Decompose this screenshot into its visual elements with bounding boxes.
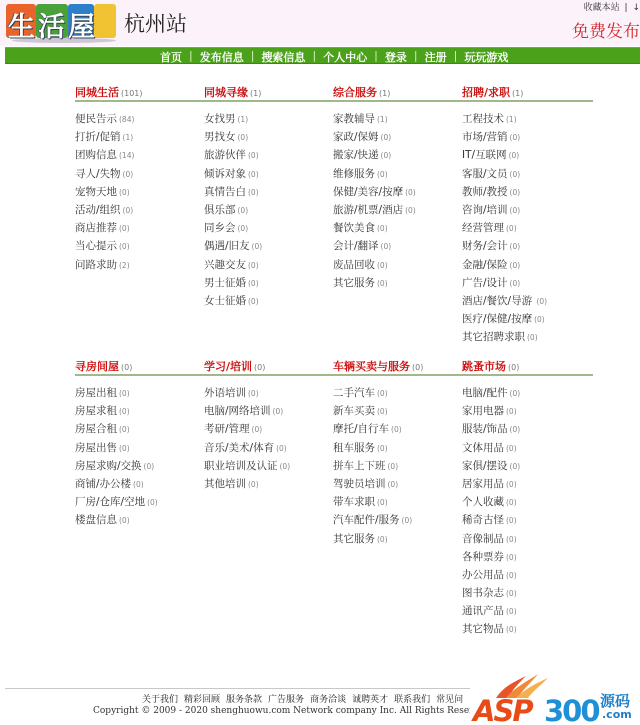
subcategory-label[interactable]: 财务/会计 [462,240,508,252]
subcategory-link[interactable]: 女士征婚(0) [204,293,262,311]
subcategory-count: (0) [123,206,134,215]
subcategory-link[interactable]: 厂房/仓库/空地(0) [75,494,158,512]
subcategory-label[interactable]: 通讯产品 [462,605,504,617]
subcategory-count: (0) [510,133,521,142]
subcategory-label[interactable]: 家教辅导 [333,113,375,125]
subcategory-link[interactable]: 带车求职(0) [333,494,412,512]
subcategory-label[interactable]: 客服/文员 [462,168,508,180]
subcategory-link[interactable]: 职业培训及认证(0) [204,458,290,476]
subcategory-count: (0) [377,224,388,233]
subcategory-label[interactable]: 保健/美容/按摩 [333,186,403,198]
subcategory-link[interactable]: 租车服务(0) [333,440,412,458]
footer-links: 关于我们精彩回顾服务条款广告服务商务洽谈诚聘英才联系我们常见问 [142,692,469,705]
subcategory-label[interactable]: 市场/营销 [462,131,508,143]
subcategory-label[interactable]: 金融/保险 [462,259,508,271]
copyright: Copyright © 2009 - 2020 shenghuowu.com N… [93,706,474,716]
subcategory-label[interactable]: 寻人/失物 [75,168,121,180]
subcategory-label[interactable]: 女士征婚 [204,295,246,307]
subcategory-link[interactable]: 搬家/快递(0) [333,147,416,165]
subcategory-link[interactable]: 男找女(0) [204,129,262,147]
subcategory-count: (0) [377,279,388,288]
watermark-asp: ASP [473,694,532,725]
category-title[interactable]: 同城寻缘 [204,86,248,99]
nav-item-6[interactable]: 玩玩游戏 [464,49,508,65]
subcategory-link[interactable]: 废品回收(0) [333,257,416,275]
subcategory-count: (0) [252,425,263,434]
subcategory-label[interactable]: 厂房/仓库/空地 [75,496,145,508]
category-count: (101) [121,89,143,98]
subcategory-count: (0) [248,188,259,197]
category-count: (0) [508,363,519,372]
subcategory-link[interactable]: 其它招聘求职(0) [462,329,547,347]
subcategory-link[interactable]: 商铺/办公楼(0) [75,476,158,494]
subcategory-label[interactable]: 问路求助 [75,259,117,271]
category-title[interactable]: 寻房间屋 [75,360,119,373]
subcategory-link[interactable]: 电脑/配件(0) [462,385,520,403]
footer-link[interactable]: 关于我们 [142,695,178,705]
subcategory-label[interactable]: 摩托/自行车 [333,423,389,435]
subcategory-link[interactable]: 房屋出售(0) [75,440,158,458]
subcategory-label[interactable]: 办公用品 [462,569,504,581]
subcategory-link[interactable]: 同乡会(0) [204,220,262,238]
footer-link[interactable]: 商务洽谈 [310,695,346,705]
subcategory-count: (1) [123,133,134,142]
subcategory-label[interactable]: 宠物天地 [75,186,117,198]
category-header[interactable]: 同城生活(101) [75,84,143,100]
subcategory-link[interactable]: 真情告白(0) [204,184,262,202]
subcategory-count: (0) [276,444,287,453]
subcategory-link[interactable]: 外语培训(0) [204,385,290,403]
subcategory-label[interactable]: 家政/保姆 [333,131,379,143]
subcategory-count: (0) [273,407,284,416]
subcategory-count: (0) [238,133,249,142]
subcategory-count: (0) [144,462,155,471]
category-count: (0) [412,363,423,372]
subcategory-label[interactable]: 旅游伙伴 [204,149,246,161]
subcategory-label[interactable]: 医疗/保健/按摩 [462,313,532,325]
subcategory-label[interactable]: 电脑/网络培训 [204,405,271,417]
nav-item-5[interactable]: 注册 [425,49,447,65]
category-header[interactable]: 综合服务(1) [333,84,390,100]
subcategory-label[interactable]: 驾驶员培训 [333,478,386,490]
subcategory-count: (0) [527,333,538,342]
subcategory-count: (0) [377,170,388,179]
subcategory-label[interactable]: 其它服务 [333,277,375,289]
subcategory-count: (0) [381,133,392,142]
subcategory-count: (0) [377,444,388,453]
slogan: 免费发布 [572,17,640,42]
subcategory-link[interactable]: 酒店/餐饮/导游 (0) [462,293,547,311]
nav-item-1[interactable]: 发布信息 [200,49,244,65]
subcategory-label[interactable]: 其它服务 [333,533,375,545]
subcategory-count: (0) [506,535,517,544]
subcategory-link[interactable]: 文体用品(0) [462,440,520,458]
subcategory-link[interactable]: 楼盘信息(0) [75,512,158,530]
subcategory-count: (0) [402,516,413,525]
subcategory-label[interactable]: 酒店/餐饮/导游 [462,295,532,307]
subcategory-label[interactable]: 女找男 [204,113,236,125]
top-link-separator: | [625,3,628,13]
subcategory-label[interactable]: 楼盘信息 [75,514,117,526]
nav-separator: | [414,49,418,65]
subcategory-count: (0) [133,480,144,489]
category-column: 家教辅导(1)家政/保姆(0)搬家/快递(0)维修服务(0)保健/美容/按摩(0… [333,111,416,293]
subcategory-label[interactable]: 考研/管理 [204,423,250,435]
subcategory-count: (0) [119,425,130,434]
subcategory-label[interactable]: 倾诉对象 [204,168,246,180]
subcategory-link[interactable]: 寻人/失物(0) [75,166,134,184]
subcategory-count: (0) [248,151,259,160]
category-header[interactable]: 招聘/求职(1) [462,84,523,100]
subcategory-count: (0) [506,553,517,562]
subcategory-label[interactable]: 活动/组织 [75,204,121,216]
subcategory-link[interactable]: 驾驶员培训(0) [333,476,412,494]
subcategory-count: (0) [119,242,130,251]
subcategory-link[interactable]: 商店推荐(0) [75,220,134,238]
subcategory-count: (0) [119,444,130,453]
subcategory-link[interactable]: 客服/文员(0) [462,166,547,184]
subcategory-count: (0) [405,206,416,215]
subcategory-label[interactable]: 餐饮美食 [333,222,375,234]
category-title[interactable]: 综合服务 [333,86,377,99]
subcategory-link[interactable]: 兴趣交友(0) [204,257,262,275]
subcategory-label[interactable]: 电脑/配件 [462,387,508,399]
subcategory-link[interactable]: 便民告示(84) [75,111,134,129]
subcategory-count: (0) [509,151,520,160]
subcategory-count: (0) [388,462,399,471]
subcategory-count: (1) [238,115,249,124]
subcategory-label[interactable]: 咨询/培训 [462,204,508,216]
subcategory-count: (0) [510,425,521,434]
subcategory-count: (0) [248,261,259,270]
subcategory-label[interactable]: 租车服务 [333,442,375,454]
subcategory-link[interactable]: 通讯产品(0) [462,603,520,621]
category-column: 工程技术(1)市场/营销(0)IT/互联网(0)客服/文员(0)教师/教授(0)… [462,111,547,347]
subcategory-link[interactable]: 居家用品(0) [462,476,520,494]
section-divider [75,374,593,376]
subcategory-count: (0) [506,498,517,507]
subcategory-link[interactable]: 维修服务(0) [333,166,416,184]
subcategory-link[interactable]: 其他培训(0) [204,476,290,494]
subcategory-label[interactable]: 服装/饰品 [462,423,508,435]
subcategory-count: (0) [388,480,399,489]
subcategory-link[interactable]: 家政/保姆(0) [333,129,416,147]
subcategory-label[interactable]: 旅游/机票/酒店 [333,204,403,216]
subcategory-label[interactable]: 搬家/快递 [333,149,379,161]
subcategory-count: (0) [534,297,547,306]
subcategory-label[interactable]: 兴趣交友 [204,259,246,271]
subcategory-link[interactable]: 汽车配件/服务(0) [333,512,412,530]
subcategory-label[interactable]: 工程技术 [462,113,504,125]
subcategory-link[interactable]: 市场/营销(0) [462,129,547,147]
nav-item-0[interactable]: 首页 [160,49,182,65]
subcategory-count: (0) [377,407,388,416]
subcategory-label[interactable]: 教师/教授 [462,186,508,198]
subcategory-link[interactable]: 保健/美容/按摩(0) [333,184,416,202]
subcategory-label[interactable]: 职业培训及认证 [204,460,278,472]
subcategory-link[interactable]: 房屋出租(0) [75,385,158,403]
subcategory-count: (1) [377,115,388,124]
subcategory-label[interactable]: 居家用品 [462,478,504,490]
subcategory-link[interactable]: 俱乐部(0) [204,202,262,220]
subcategory-count: (0) [510,389,521,398]
footer-link[interactable]: 诚聘英才 [352,695,388,705]
nav-item-3[interactable]: 个人中心 [323,49,367,65]
category-header[interactable]: 学习/培训(0) [204,358,265,374]
subcategory-count: (0) [510,170,521,179]
subcategory-count: (0) [119,516,130,525]
section-divider [75,100,593,102]
subcategory-link[interactable]: 团购信息(14) [75,147,134,165]
subcategory-label[interactable]: 各种票券 [462,551,504,563]
subcategory-link[interactable]: IT/互联网(0) [462,147,547,165]
subcategory-label[interactable]: 家俱/摆设 [462,460,508,472]
subcategory-link[interactable]: 拼车上下班(0) [333,458,412,476]
subcategory-label[interactable]: 俱乐部 [204,204,236,216]
subcategory-count: (14) [119,151,134,160]
subcategory-link[interactable]: 广告/设计(0) [462,275,547,293]
subcategory-label[interactable]: 稀奇古怪 [462,514,504,526]
subcategory-label[interactable]: 男找女 [204,131,236,143]
subcategory-label[interactable]: 房屋出租 [75,387,117,399]
subcategory-link[interactable]: 活动/组织(0) [75,202,134,220]
subcategory-count: (0) [248,279,259,288]
subcategory-count: (0) [280,462,291,471]
subcategory-count: (0) [506,625,517,634]
nav-item-4[interactable]: 登录 [385,49,407,65]
subcategory-label[interactable]: 音像制品 [462,533,504,545]
subcategory-link[interactable]: 餐饮美食(0) [333,220,416,238]
subcategory-count: (0) [534,315,545,324]
site-header: 生活屋 杭州站 收藏本站 | ↓ 免费发布 [0,0,640,46]
category-count: (0) [254,363,265,372]
logo-shadow [12,38,116,43]
category-count: (0) [121,363,132,372]
nav-separator: | [374,49,378,65]
subcategory-label[interactable]: 同乡会 [204,222,236,234]
subcategory-label[interactable]: 其它物品 [462,623,504,635]
subcategory-link[interactable]: 旅游伙伴(0) [204,147,262,165]
subcategory-count: (0) [248,297,259,306]
subcategory-label[interactable]: 其它招聘求职 [462,331,525,343]
category-title[interactable]: 跳蚤市场 [462,360,506,373]
subcategory-count: (0) [506,589,517,598]
category-column: 房屋出租(0)房屋求租(0)房屋合租(0)房屋出售(0)房屋求购/交换(0)商铺… [75,385,158,531]
subcategory-label[interactable]: 其他培训 [204,478,246,490]
subcategory-label[interactable]: 真情告白 [204,186,246,198]
subcategory-count: (0) [119,407,130,416]
category-count: (1) [379,89,390,98]
category-title[interactable]: 车辆买卖与服务 [333,360,410,373]
subcategory-label[interactable]: 经营管理 [462,222,504,234]
subcategory-label[interactable]: 房屋合租 [75,423,117,435]
subcategory-label[interactable]: 文体用品 [462,442,504,454]
subcategory-label[interactable]: 广告/设计 [462,277,508,289]
section-headers: 寻房间屋(0)学习/培训(0)车辆买卖与服务(0)跳蚤市场(0) [75,358,595,378]
subcategory-link[interactable]: 家用电器(0) [462,403,520,421]
subcategory-link[interactable]: 家教辅导(1) [333,111,416,129]
subcategory-label[interactable]: 汽车配件/服务 [333,514,400,526]
subcategory-label[interactable]: 个人收藏 [462,496,504,508]
subcategory-label[interactable]: 便民告示 [75,113,117,125]
subcategory-link[interactable]: 偶遇/旧友(0) [204,238,262,256]
subcategory-label[interactable]: 偶遇/旧友 [204,240,250,252]
subcategory-link[interactable]: 房屋合租(0) [75,421,158,439]
subcategory-label[interactable]: 商铺/办公楼 [75,478,131,490]
subcategory-link[interactable]: 财务/会计(0) [462,238,547,256]
subcategory-label[interactable]: 外语培训 [204,387,246,399]
subcategory-link[interactable]: 教师/教授(0) [462,184,547,202]
subcategory-link[interactable]: 医疗/保健/按摩(0) [462,311,547,329]
subcategory-count: (0) [248,480,259,489]
subcategory-link[interactable]: 经营管理(0) [462,220,547,238]
subcategory-link[interactable]: 其它服务(0) [333,531,412,549]
watermark-300: 300 [544,694,599,725]
category-header[interactable]: 寻房间屋(0) [75,358,132,374]
nav-separator: | [189,49,193,65]
category-column: 便民告示(84)打折/促销(1)团购信息(14)寻人/失物(0)宠物天地(0)活… [75,111,134,275]
nav-items: 首页|发布信息|搜索信息|个人中心|登录|注册|玩玩游戏 [160,49,508,65]
subcategory-link[interactable]: 女找男(1) [204,111,262,129]
subcategory-count: (0) [123,170,134,179]
subcategory-count: (0) [510,206,521,215]
subcategory-link[interactable]: 当心提示(0) [75,238,134,256]
subcategory-label[interactable]: 打折/促销 [75,131,121,143]
subcategory-link[interactable]: 考研/管理(0) [204,421,290,439]
subcategory-label[interactable]: 当心提示 [75,240,117,252]
subcategory-label[interactable]: 图书杂志 [462,587,504,599]
category-column: 女找男(1)男找女(0)旅游伙伴(0)倾诉对象(0)真情告白(0)俱乐部(0)同… [204,111,262,311]
subcategory-label[interactable]: 带车求职 [333,496,375,508]
category-section-1: 同城生活(101)同城寻缘(1)综合服务(1)招聘/求职(1)便民告示(84)打… [75,84,595,111]
subcategory-link[interactable]: 新车买卖(0) [333,403,412,421]
subcategory-label[interactable]: 家用电器 [462,405,504,417]
subcategory-link[interactable]: 音乐/美术/体育(0) [204,440,290,458]
subcategory-count: (0) [510,279,521,288]
section-headers: 同城生活(101)同城寻缘(1)综合服务(1)招聘/求职(1) [75,84,595,104]
subcategory-count: (0) [248,389,259,398]
subcategory-link[interactable]: 工程技术(1) [462,111,547,129]
category-count: (1) [512,89,523,98]
subcategory-link[interactable]: 摩托/自行车(0) [333,421,412,439]
subcategory-link[interactable]: 稀奇古怪(0) [462,512,520,530]
subcategory-link[interactable]: 旅游/机票/酒店(0) [333,202,416,220]
category-title[interactable]: 同城生活 [75,86,119,99]
category-title[interactable]: 学习/培训 [204,360,252,373]
subcategory-link[interactable]: 个人收藏(0) [462,494,520,512]
subcategory-link[interactable]: 房屋求购/交换(0) [75,458,158,476]
subcategory-count: (0) [510,188,521,197]
subcategory-link[interactable]: 各种票券(0) [462,549,520,567]
subcategory-count: (0) [506,224,517,233]
subcategory-link[interactable]: 房屋求租(0) [75,403,158,421]
subcategory-count: (0) [506,407,517,416]
subcategory-label[interactable]: 房屋求租 [75,405,117,417]
subcategory-count: (0) [506,571,517,580]
site-logo[interactable]: 生活屋 [6,4,118,40]
subcategory-count: (0) [238,224,249,233]
category-column: 二手汽车(0)新车买卖(0)摩托/自行车(0)租车服务(0)拼车上下班(0)驾驶… [333,385,412,549]
category-count: (1) [250,89,261,98]
subcategory-link[interactable]: 二手汽车(0) [333,385,412,403]
subcategory-link[interactable]: 男士征婚(0) [204,275,262,293]
category-header[interactable]: 跳蚤市场(0) [462,358,519,374]
subcategory-label[interactable]: 二手汽车 [333,387,375,399]
subcategory-label[interactable]: 会计/翻译 [333,240,379,252]
watermark-com: .com [602,708,632,721]
subcategory-label[interactable]: 拼车上下班 [333,460,386,472]
subcategory-label[interactable]: IT/互联网 [462,149,507,161]
subcategory-count: (0) [506,516,517,525]
subcategory-count: (0) [381,151,392,160]
subcategory-link[interactable]: 办公用品(0) [462,567,520,585]
subcategory-label[interactable]: 废品回收 [333,259,375,271]
nav-separator: | [251,49,255,65]
subcategory-link[interactable]: 咨询/培训(0) [462,202,547,220]
subcategory-count: (0) [391,425,402,434]
subcategory-link[interactable]: 金融/保险(0) [462,257,547,275]
subcategory-link[interactable]: 倾诉对象(0) [204,166,262,184]
subcategory-count: (0) [510,462,521,471]
footer-link[interactable]: 精彩回顾 [184,695,220,705]
subcategory-link[interactable]: 家俱/摆设(0) [462,458,520,476]
subcategory-link[interactable]: 宠物天地(0) [75,184,134,202]
bookmark-link[interactable]: 收藏本站 [584,3,620,13]
main-nav: 首页|发布信息|搜索信息|个人中心|登录|注册|玩玩游戏 [5,47,640,64]
subcategory-label[interactable]: 维修服务 [333,168,375,180]
subcategory-count: (0) [248,170,259,179]
footer-link[interactable]: 服务条款 [226,695,262,705]
subcategory-link[interactable]: 图书杂志(0) [462,585,520,603]
subcategory-count: (0) [119,188,130,197]
subcategory-count: (0) [377,498,388,507]
subcategory-link[interactable]: 其它物品(0) [462,621,520,639]
subcategory-count: (0) [377,261,388,270]
subcategory-label[interactable]: 音乐/美术/体育 [204,442,274,454]
subcategory-link[interactable]: 服装/饰品(0) [462,421,520,439]
asp300-watermark: ASP 300 源码 .com [470,672,640,725]
subcategory-link[interactable]: 打折/促销(1) [75,129,134,147]
subcategory-count: (0) [510,242,521,251]
top-links: 收藏本站 | ↓ [582,0,640,13]
subcategory-link[interactable]: 音像制品(0) [462,531,520,549]
category-title[interactable]: 招聘/求职 [462,86,510,99]
category-header[interactable]: 车辆买卖与服务(0) [333,358,423,374]
subcategory-link[interactable]: 电脑/网络培训(0) [204,403,290,421]
category-section-2: 寻房间屋(0)学习/培训(0)车辆买卖与服务(0)跳蚤市场(0)房屋出租(0)房… [75,358,595,385]
subcategory-link[interactable]: 问路求助(2) [75,257,134,275]
subcategory-link[interactable]: 其它服务(0) [333,275,416,293]
subcategory-count: (1) [506,115,517,124]
subcategory-label[interactable]: 房屋求购/交换 [75,460,142,472]
subcategory-label[interactable]: 新车买卖 [333,405,375,417]
top-link-truncated[interactable]: ↓ [632,3,640,13]
subcategory-label[interactable]: 团购信息 [75,149,117,161]
nav-separator: | [312,49,316,65]
subcategory-count: (0) [147,498,158,507]
footer-link[interactable]: 常见问 [436,695,463,705]
subcategory-label[interactable]: 商店推荐 [75,222,117,234]
subcategory-count: (0) [506,607,517,616]
subcategory-link[interactable]: 会计/翻译(0) [333,238,416,256]
footer-link[interactable]: 联系我们 [394,695,430,705]
subcategory-label[interactable]: 男士征婚 [204,277,246,289]
subcategory-label[interactable]: 房屋出售 [75,442,117,454]
nav-item-2[interactable]: 搜索信息 [261,49,305,65]
city-name: 杭州站 [124,8,187,38]
category-header[interactable]: 同城寻缘(1) [204,84,261,100]
footer-link[interactable]: 广告服务 [268,695,304,705]
